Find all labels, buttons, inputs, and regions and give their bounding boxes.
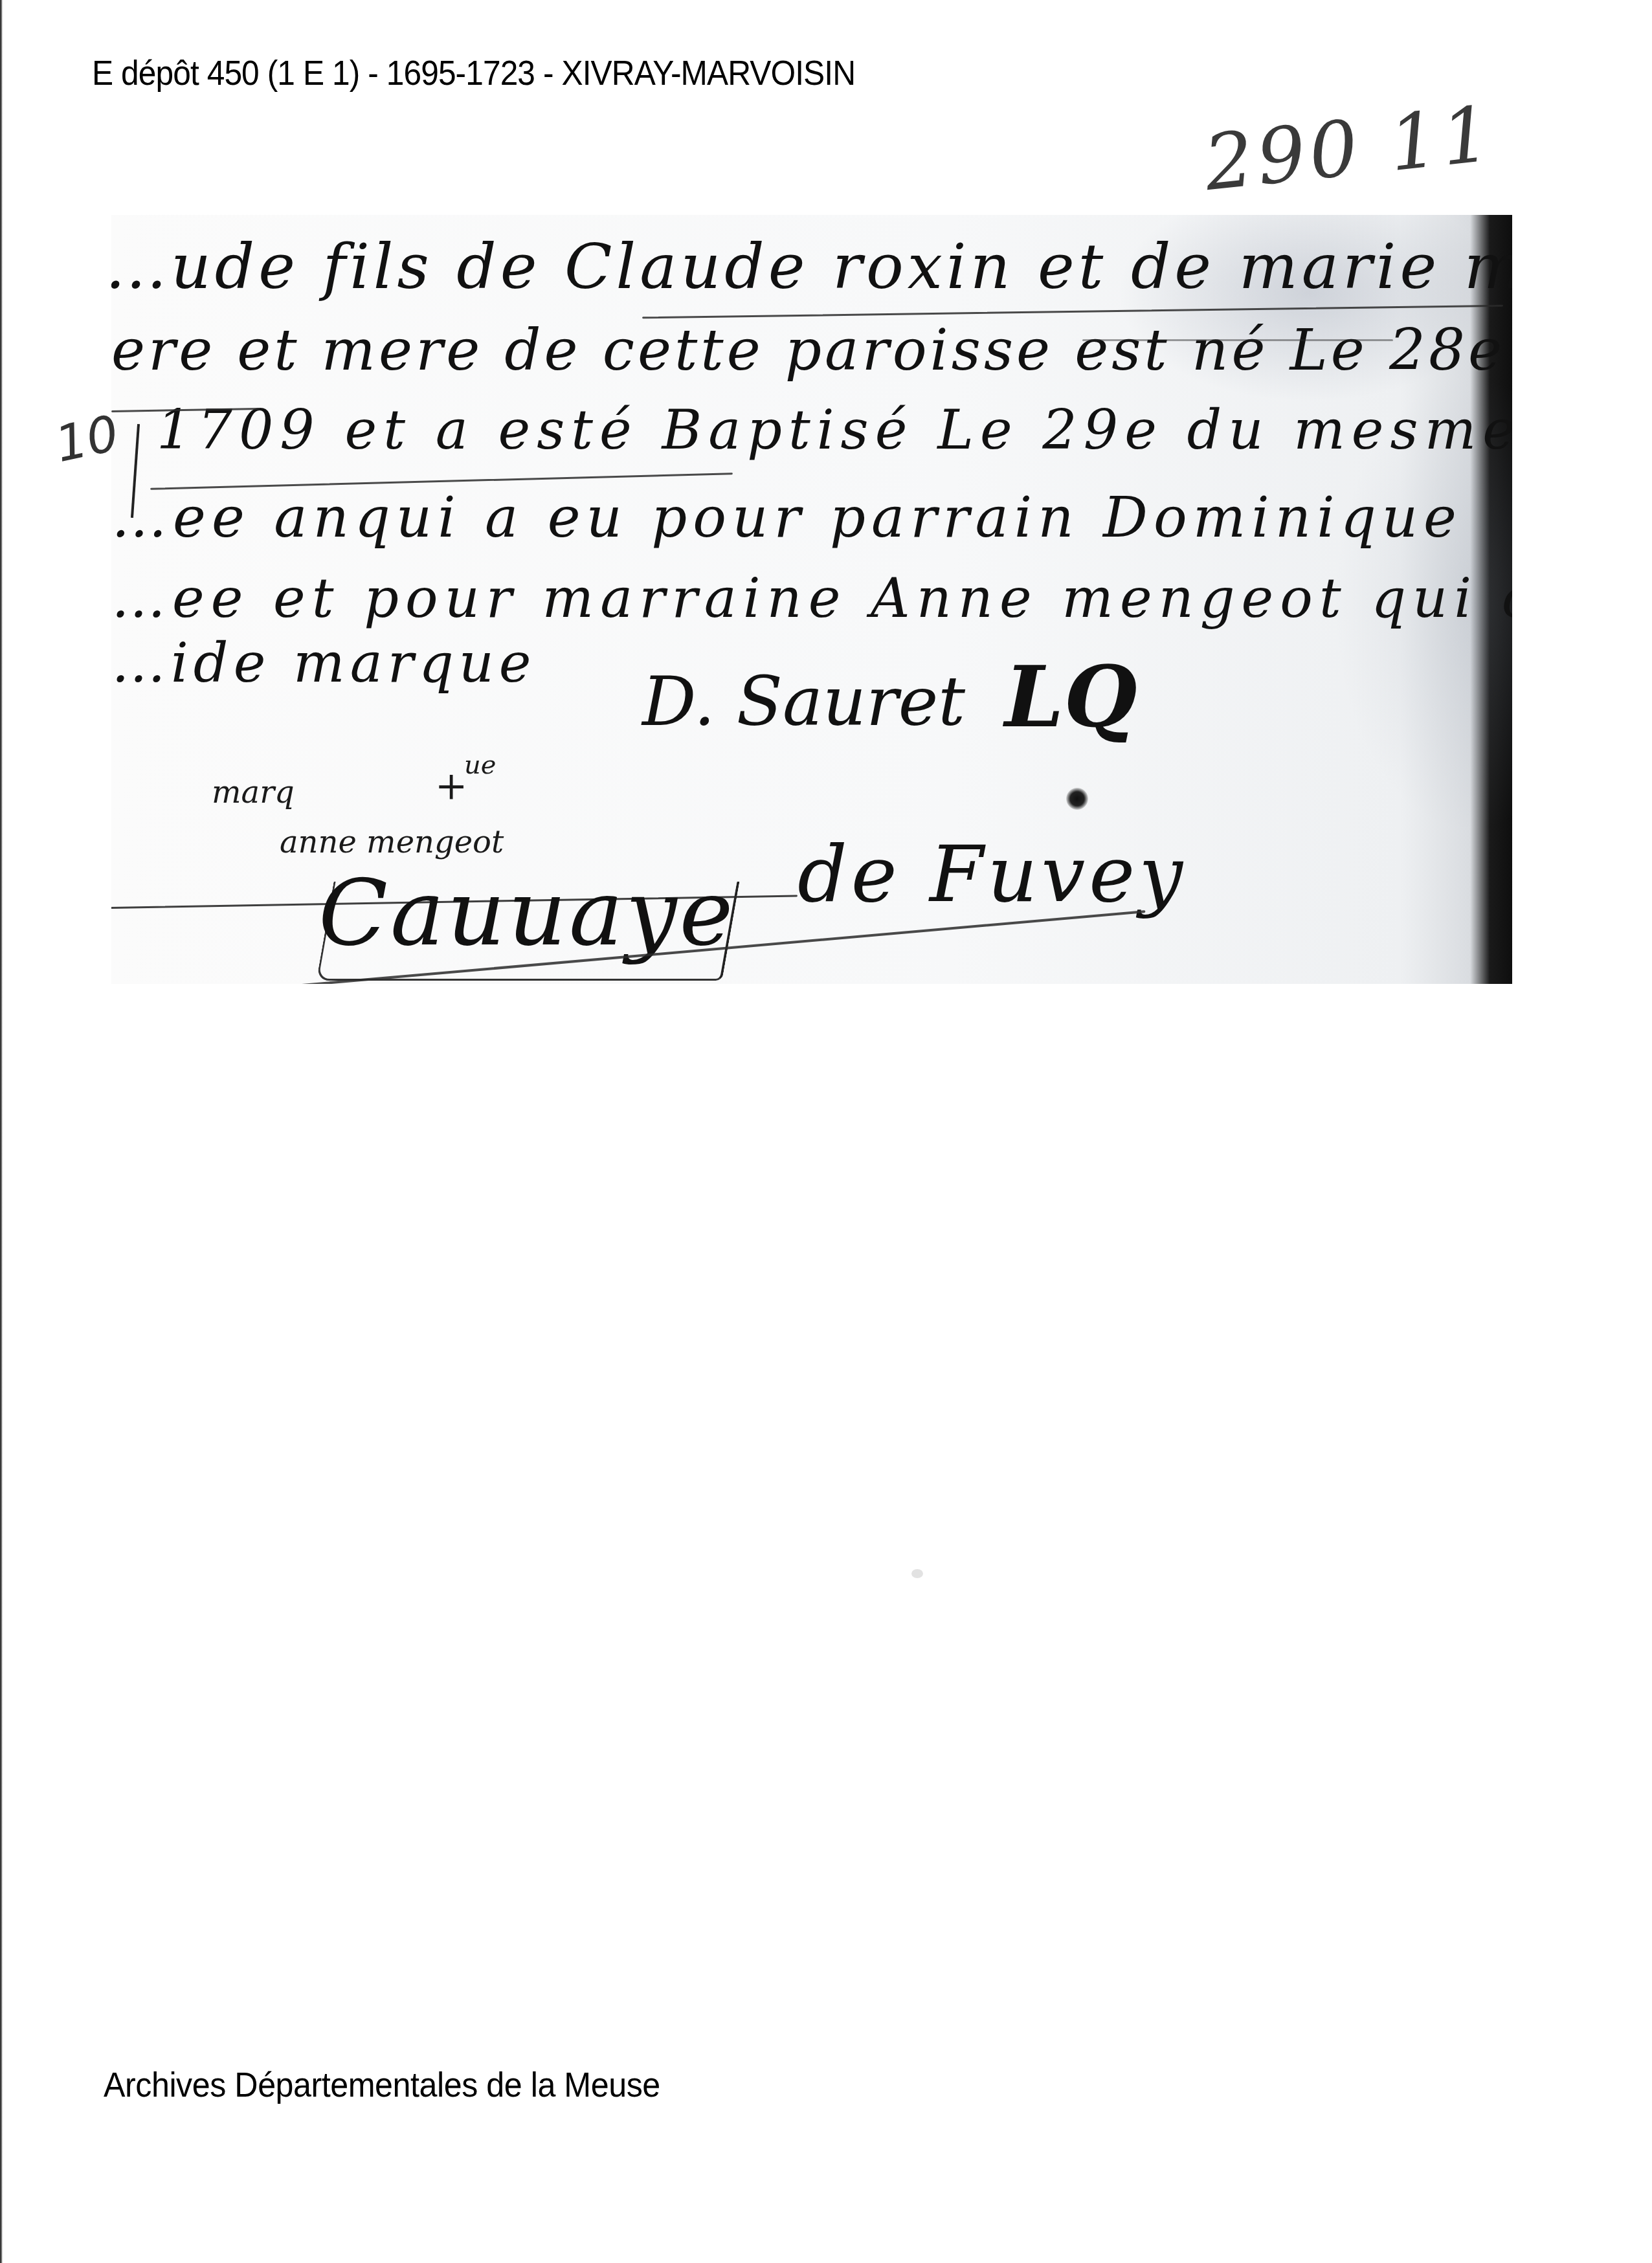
manuscript-scan: …ude fils de Claude roxin et de marie me… bbox=[111, 215, 1512, 984]
signature-cauuaye: Cauuaye bbox=[318, 869, 735, 959]
mark-label: marq bbox=[212, 777, 295, 808]
document-reference-title: E dépôt 450 (1 E 1) - 1695-1723 - XIVRAY… bbox=[92, 56, 855, 91]
manuscript-line-2: ere et mere de cette paroisse est né Le … bbox=[111, 322, 1505, 379]
signature-sauret: D. Sauret bbox=[642, 668, 965, 735]
manuscript-line-1: …ude fils de Claude roxin et de marie me… bbox=[111, 236, 1512, 298]
signature-de-fuvey: de Fuvey bbox=[798, 836, 1187, 914]
cross-mark: + bbox=[435, 766, 467, 805]
manuscript-line-6: …ide marque bbox=[111, 636, 537, 690]
signature-monogram: LQ bbox=[1005, 655, 1137, 739]
handwritten-folio-number: 290 11 bbox=[1201, 95, 1498, 201]
manuscript-line-5: …ee et pour marraine Anne mengeot qui on… bbox=[111, 571, 1512, 625]
cross-suffix: ue bbox=[464, 752, 496, 778]
ink-blot bbox=[1066, 788, 1088, 810]
page-edge bbox=[0, 0, 3, 2263]
scan-speck bbox=[911, 1569, 923, 1578]
mark-name: anne mengeot bbox=[280, 827, 504, 858]
strike-rule bbox=[1082, 339, 1393, 341]
manuscript-line-4: …ee anqui a eu pour parrain Dominique bbox=[111, 490, 1462, 546]
margin-entry-number: 10 bbox=[51, 408, 122, 469]
manuscript-line-3: 1709 et a esté Baptisé Le 29e du mesme bbox=[157, 403, 1512, 457]
archive-footer: Archives Départementales de la Meuse bbox=[104, 2068, 660, 2102]
